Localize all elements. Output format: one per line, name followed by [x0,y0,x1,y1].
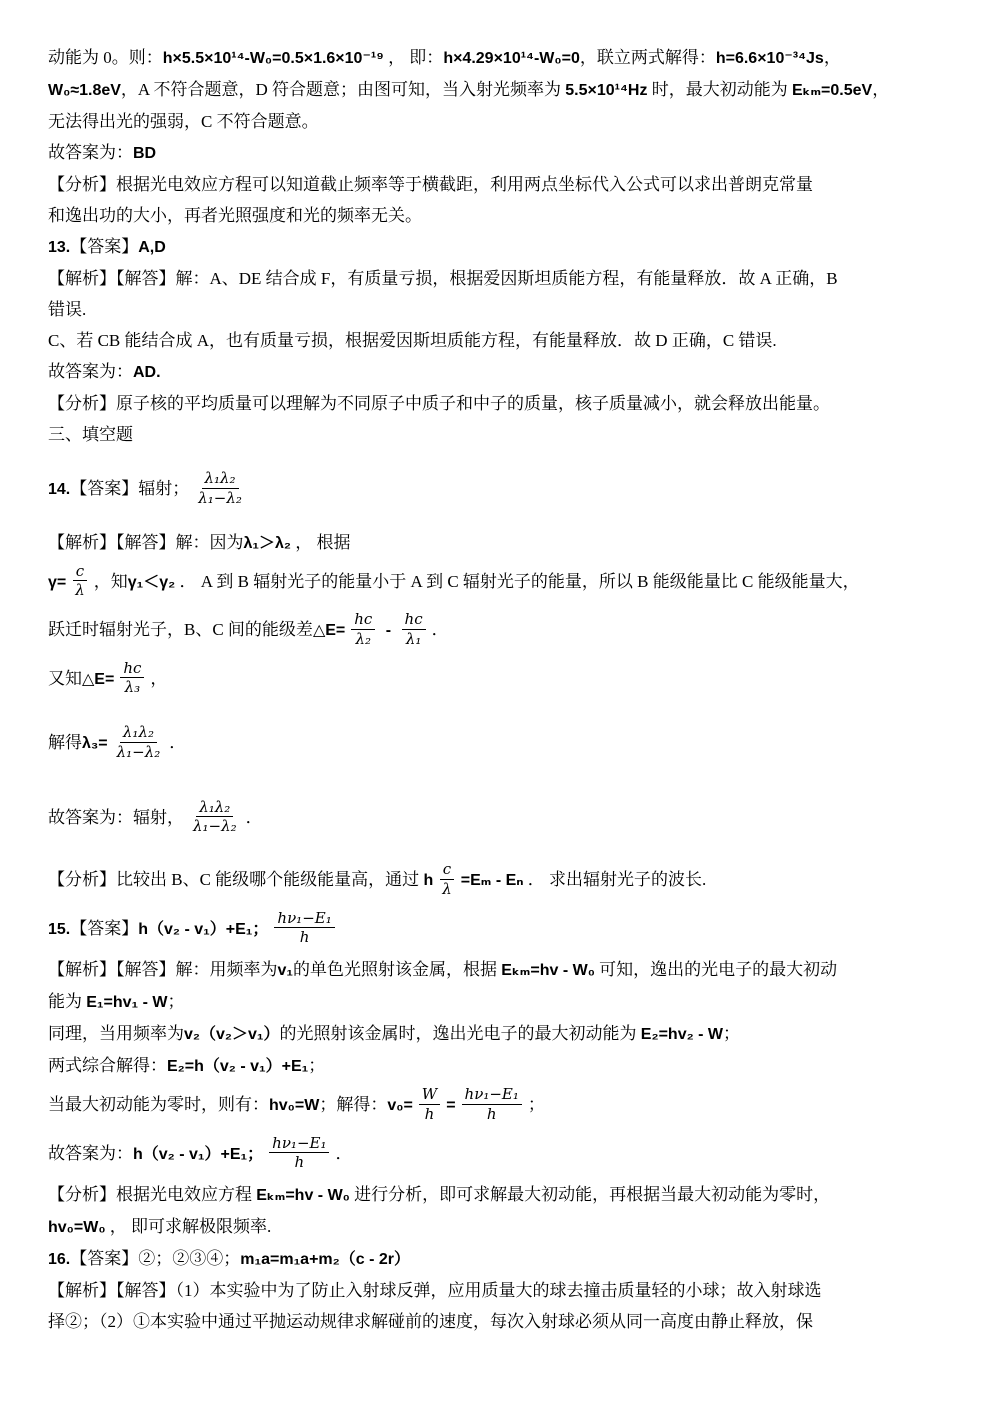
q15-solution-line: 两式综合解得：E₂=h（v₂ - v₁）+E₁； [48,1050,946,1082]
fraction-denominator: λ₂ [353,630,375,649]
fraction-denominator: h [291,1153,307,1172]
question-number: 13. [48,239,70,256]
fraction-numerator: hν₁−E₁ [274,909,334,929]
q13-answer-line: 故答案为：AD. [48,356,946,388]
text-run: ． 求出辐射光子的波长. [524,870,707,889]
fraction-numerator: hc [402,610,426,630]
question-number: 14. [48,481,70,498]
fraction-denominator: h [297,928,313,947]
text-run: 【解析】【解答】解：A、DE 结合成 F，有质量亏损，根据爱因斯坦质能方程，有能… [48,269,838,288]
fraction-hc-over-lambda2: hcλ₂ [351,610,375,649]
q12-analysis-line: 【分析】根据光电效应方程可以知道截止频率等于横截距，利用两点坐标代入公式可以求出… [48,169,946,200]
text-run: ． [169,733,186,752]
formula-run: h×5.5×10¹⁴-W₀=0.5×1.6×10⁻¹⁹ [163,50,384,67]
q16-answer-heading: 16.【答案】②；②③④；m₁a=m₁a+m₂（c - 2r） [48,1243,946,1275]
formula-run: h×4.29×10¹⁴-W₀=0 [443,50,580,67]
formula-run: Eₖₘ=hv - W₀ [501,962,595,979]
formula-run: - [381,622,395,639]
text-run: C、若 CB 能结合成 A，也有质量亏损，根据爱因斯坦质能方程，有能量释放．故 … [48,331,777,350]
text-run: 故答案为： [48,1144,133,1163]
text-run: 和逸出功的大小，再者光照强度和光的频率无关。 [48,206,422,225]
fraction-lambda1lambda2-over-diff: λ₁λ₂λ₁−λ₂ [190,798,240,837]
formula-run: Eₖₘ=hv - W₀ [256,1187,350,1204]
fraction-denominator: h [422,1105,438,1124]
fraction-c-over-lambda: cλ [439,860,455,899]
q13-analysis-line: 【分析】原子核的平均质量可以理解为不同原子中质子和中子的质量，核子质量减小，就会… [48,388,946,419]
fraction-numerator: λ₁λ₂ [120,723,157,743]
formula-run: W₀≈1.8eV [48,82,121,99]
text-run: 时，最大初动能为 [647,80,792,99]
answer-value: AD. [133,364,161,381]
text-run: 【分析】原子核的平均质量可以理解为不同原子中质子和中子的质量，核子质量减小，就会… [48,394,830,413]
fraction-hc-over-lambda3: hcλ₃ [120,659,144,698]
q14-solution-line: 又知△E=hcλ₃， [48,656,946,705]
question-number: 15. [48,921,70,938]
formula-run: v₀= [387,1097,412,1114]
formula-run: = [446,1097,455,1114]
text-run: ； [308,1056,325,1075]
q14-solution-line: γ=cλ，知γ₁＜γ₂ ． A 到 B 辐射光子的能量小于 A 到 C 辐射光子… [48,559,946,608]
text-run: ． [246,808,263,827]
q15-solution-line: 【解析】【解答】解：用频率为v₁的单色光照射该金属，根据 Eₖₘ=hv - W₀… [48,954,946,986]
text-run: 当最大初动能为零时，则有： [48,1095,269,1114]
text-run: 又知 [48,669,82,688]
text-run: 的单色光照射该金属，根据 [293,960,501,979]
q15-solution-line: 能为 E₁=hv₁ - W； [48,986,946,1018]
fraction-lambda1lambda2-over-diff: λ₁λ₂λ₁−λ₂ [114,723,164,762]
answer-value: h（v₂ - v₁）+E₁； [138,921,268,938]
q12-solution-line: 无法得出光的强弱，C 不符合题意。 [48,106,946,137]
fraction-numerator: λ₁λ₂ [202,469,239,489]
text-run: ； [723,1024,740,1043]
text-run: 【分析】根据光电效应方程可以知道截止频率等于横截距，利用两点坐标代入公式可以求出… [48,175,813,194]
text-run: 能为 [48,992,86,1011]
fraction-denominator: λ₁−λ₂ [114,743,164,762]
formula-run: =Eₘ - Eₙ [461,872,524,889]
text-run: ，知 [94,572,128,591]
q15-answer-line: 故答案为：h（v₂ - v₁）+E₁；hν₁−E₁h． [48,1131,946,1180]
fraction-denominator: λ₃ [122,678,144,697]
q12-analysis-line: 和逸出功的大小，再者光照强度和光的频率无关。 [48,200,946,231]
q16-solution-line: 【解析】【解答】（1）本实验中为了防止入射球反弹，应用质量大的球去撞击质量轻的小… [48,1275,946,1306]
text-run: 【解析】【解答】解：用频率为 [48,960,278,979]
fraction-numerator: hν₁−E₁ [269,1134,329,1154]
text-run: ． [432,620,449,639]
text-run: 动能为 0。则： [48,48,163,67]
document-page: 动能为 0。则：h×5.5×10¹⁴-W₀=0.5×1.6×10⁻¹⁹ ， 即：… [0,0,992,1337]
section-title: 三、填空题 [48,425,133,444]
answer-value: A,D [138,239,166,256]
q15-analysis-line: hv₀=W₀ ， 即可求解极限频率. [48,1211,946,1243]
fraction-numerator: λ₁λ₂ [196,798,233,818]
q13-solution-line: 【解析】【解答】解：A、DE 结合成 F，有质量亏损，根据爱因斯坦质能方程，有能… [48,263,946,294]
formula-run: E₂=h（v₂ - v₁）+E₁ [167,1058,308,1075]
fraction-numerator: c [73,562,87,582]
text-run: ；解得： [319,1095,387,1114]
answer-value: h（v₂ - v₁）+E₁； [133,1146,263,1163]
formula-run: γ₁＜γ₂ [128,574,176,591]
q15-solution-line: 同理，当用频率为v₂（v₂＞v₁）的光照射该金属时，逸出光电子的最大初动能为 E… [48,1018,946,1050]
q14-solution-line: 解得λ₃=λ₁λ₂λ₁−λ₂． [48,720,946,769]
fraction-lambda1lambda2-over-diff: λ₁λ₂λ₁−λ₂ [195,469,245,508]
fraction-numerator: hν₁−E₁ [462,1085,522,1105]
formula-run: E₁=hv₁ - W [86,994,167,1011]
fraction-numerator: c [440,860,454,880]
question-number: 16. [48,1251,70,1268]
fraction-numerator: hc [120,659,144,679]
fraction-denominator: λ₁−λ₂ [190,817,240,836]
text-run: 【答案】 [70,919,138,938]
text-run: ， [872,80,889,99]
text-run: 进行分析，即可求解最大初动能，再根据当最大初动能为零时， [350,1185,830,1204]
text-run: 无法得出光的强弱，C 不符合题意。 [48,112,319,131]
q13-solution-line: 错误. [48,294,946,325]
formula-run: γ= [48,574,66,591]
fraction-c-over-lambda: cλ [72,562,88,601]
fraction-w-over-h: Wh [419,1085,440,1124]
formula-run: h [423,872,433,889]
text-run: 同理，当用频率为 [48,1024,184,1043]
text-run: ，A 不符合题意，D 符合题意；由图可知，当入射光频率为 [121,80,565,99]
formula-run: λ₃= [82,735,108,752]
text-run: 【解析】【解答】（1）本实验中为了防止入射球反弹，应用质量大的球去撞击质量轻的小… [48,1281,822,1300]
text-run: 跃迁时辐射光子，B、C 间的能级差 [48,620,313,639]
formula-run: △E= [313,622,345,639]
fraction-hv1-minus-e1-over-h: hν₁−E₁h [462,1085,522,1124]
formula-run: h=6.6×10⁻³⁴Js [716,50,824,67]
text-run: ； [528,1095,545,1114]
fraction-numerator: W [419,1085,440,1105]
text-run: ， 根据 [291,533,351,552]
fraction-hv1-minus-e1-over-h: hν₁−E₁h [269,1134,329,1173]
q14-answer-heading: 14.【答案】辐射；λ₁λ₂λ₁−λ₂ [48,466,946,515]
q14-answer-line: 故答案为：辐射，λ₁λ₂λ₁−λ₂． [48,795,946,844]
fraction-denominator: λ [72,581,88,600]
q12-solution-line: 动能为 0。则：h×5.5×10¹⁴-W₀=0.5×1.6×10⁻¹⁹ ， 即：… [48,42,946,74]
text-run: 解得 [48,733,82,752]
text-run: ， 即： [384,48,444,67]
formula-run: v₂（v₂＞v₁） [184,1026,280,1043]
q14-solution-line: 【解析】【解答】解：因为λ₁＞λ₂ ， 根据 [48,527,946,559]
formula-run: △E= [82,671,114,688]
text-run: 故答案为： [48,362,133,381]
text-run: 【分析】比较出 B、C 能级哪个能级能量高，通过 [48,870,423,889]
q16-solution-line: 择②；（2）①本实验中通过平抛运动规律求解碰前的速度，每次入射球必须从同一高度由… [48,1306,946,1337]
fraction-numerator: hc [351,610,375,630]
q15-answer-heading: 15.【答案】h（v₂ - v₁）+E₁；hν₁−E₁h [48,906,946,955]
fraction-denominator: λ₁−λ₂ [195,489,245,508]
q13-answer-heading: 13.【答案】A,D [48,231,946,263]
fraction-denominator: λ₁ [403,630,425,649]
formula-run: E₂=hv₂ - W [641,1026,723,1043]
text-run: 两式综合解得： [48,1056,167,1075]
text-run: 可知，逸出的光电子的最大初动 [595,960,837,979]
text-run: ． [335,1144,352,1163]
formula-run: 5.5×10¹⁴Hz [565,82,647,99]
q13-solution-line: C、若 CB 能结合成 A，也有质量亏损，根据爱因斯坦质能方程，有能量释放．故 … [48,325,946,356]
answer-value: 【答案】②；②③④； [70,1249,240,1268]
text-run: 择②；（2）①本实验中通过平抛运动规律求解碰前的速度，每次入射球必须从同一高度由… [48,1312,813,1331]
q12-solution-line: W₀≈1.8eV，A 不符合题意，D 符合题意；由图可知，当入射光频率为 5.5… [48,74,946,106]
text-run: 【答案】辐射； [70,479,189,498]
text-run: ， [150,669,167,688]
text-run: 【答案】 [70,237,138,256]
fraction-hc-over-lambda1: hcλ₁ [402,610,426,649]
fraction-denominator: λ [439,880,455,899]
answer-value: BD [133,145,156,162]
fraction-hv1-minus-e1-over-h: hν₁−E₁h [274,909,334,948]
section-heading-fill-in-blanks: 三、填空题 [48,419,946,450]
q12-answer-line: 故答案为：BD [48,137,946,169]
text-run: 故答案为： [48,143,133,162]
q14-analysis-line: 【分析】比较出 B、C 能级哪个能级能量高，通过 hcλ=Eₘ - Eₙ ． 求… [48,857,946,906]
text-run: ； [168,992,185,1011]
text-run: 【分析】根据光电效应方程 [48,1185,256,1204]
text-run: ，联立两式解得： [580,48,716,67]
text-run: 的光照射该金属时，逸出光电子的最大初动能为 [280,1024,641,1043]
text-run: 故答案为：辐射， [48,808,184,827]
formula-run: λ₁＞λ₂ [244,535,292,552]
formula-run: m₁a=m₁a+m₂（c - 2r） [240,1251,410,1268]
fraction-denominator: h [484,1105,500,1124]
text-run: ， [824,48,841,67]
formula-run: hv₀=W₀ [48,1219,106,1236]
formula-run: Eₖₘ=0.5eV [792,82,872,99]
q15-solution-line: 当最大初动能为零时，则有：hv₀=W；解得：v₀=Wh=hν₁−E₁h； [48,1082,946,1131]
text-run: 【解析】【解答】解：因为 [48,533,244,552]
text-run: ， 即可求解极限频率. [106,1217,272,1236]
q15-analysis-line: 【分析】根据光电效应方程 Eₖₘ=hv - W₀ 进行分析，即可求解最大初动能，… [48,1179,946,1211]
text-run: ． A 到 B 辐射光子的能量小于 A 到 C 辐射光子的能量，所以 B 能级能… [175,572,859,591]
q14-solution-line: 跃迁时辐射光子，B、C 间的能级差△E=hcλ₂ - hcλ₁． [48,607,946,656]
formula-run: hv₀=W [269,1097,319,1114]
formula-run: v₁ [278,962,294,979]
text-run: 错误. [48,300,86,319]
